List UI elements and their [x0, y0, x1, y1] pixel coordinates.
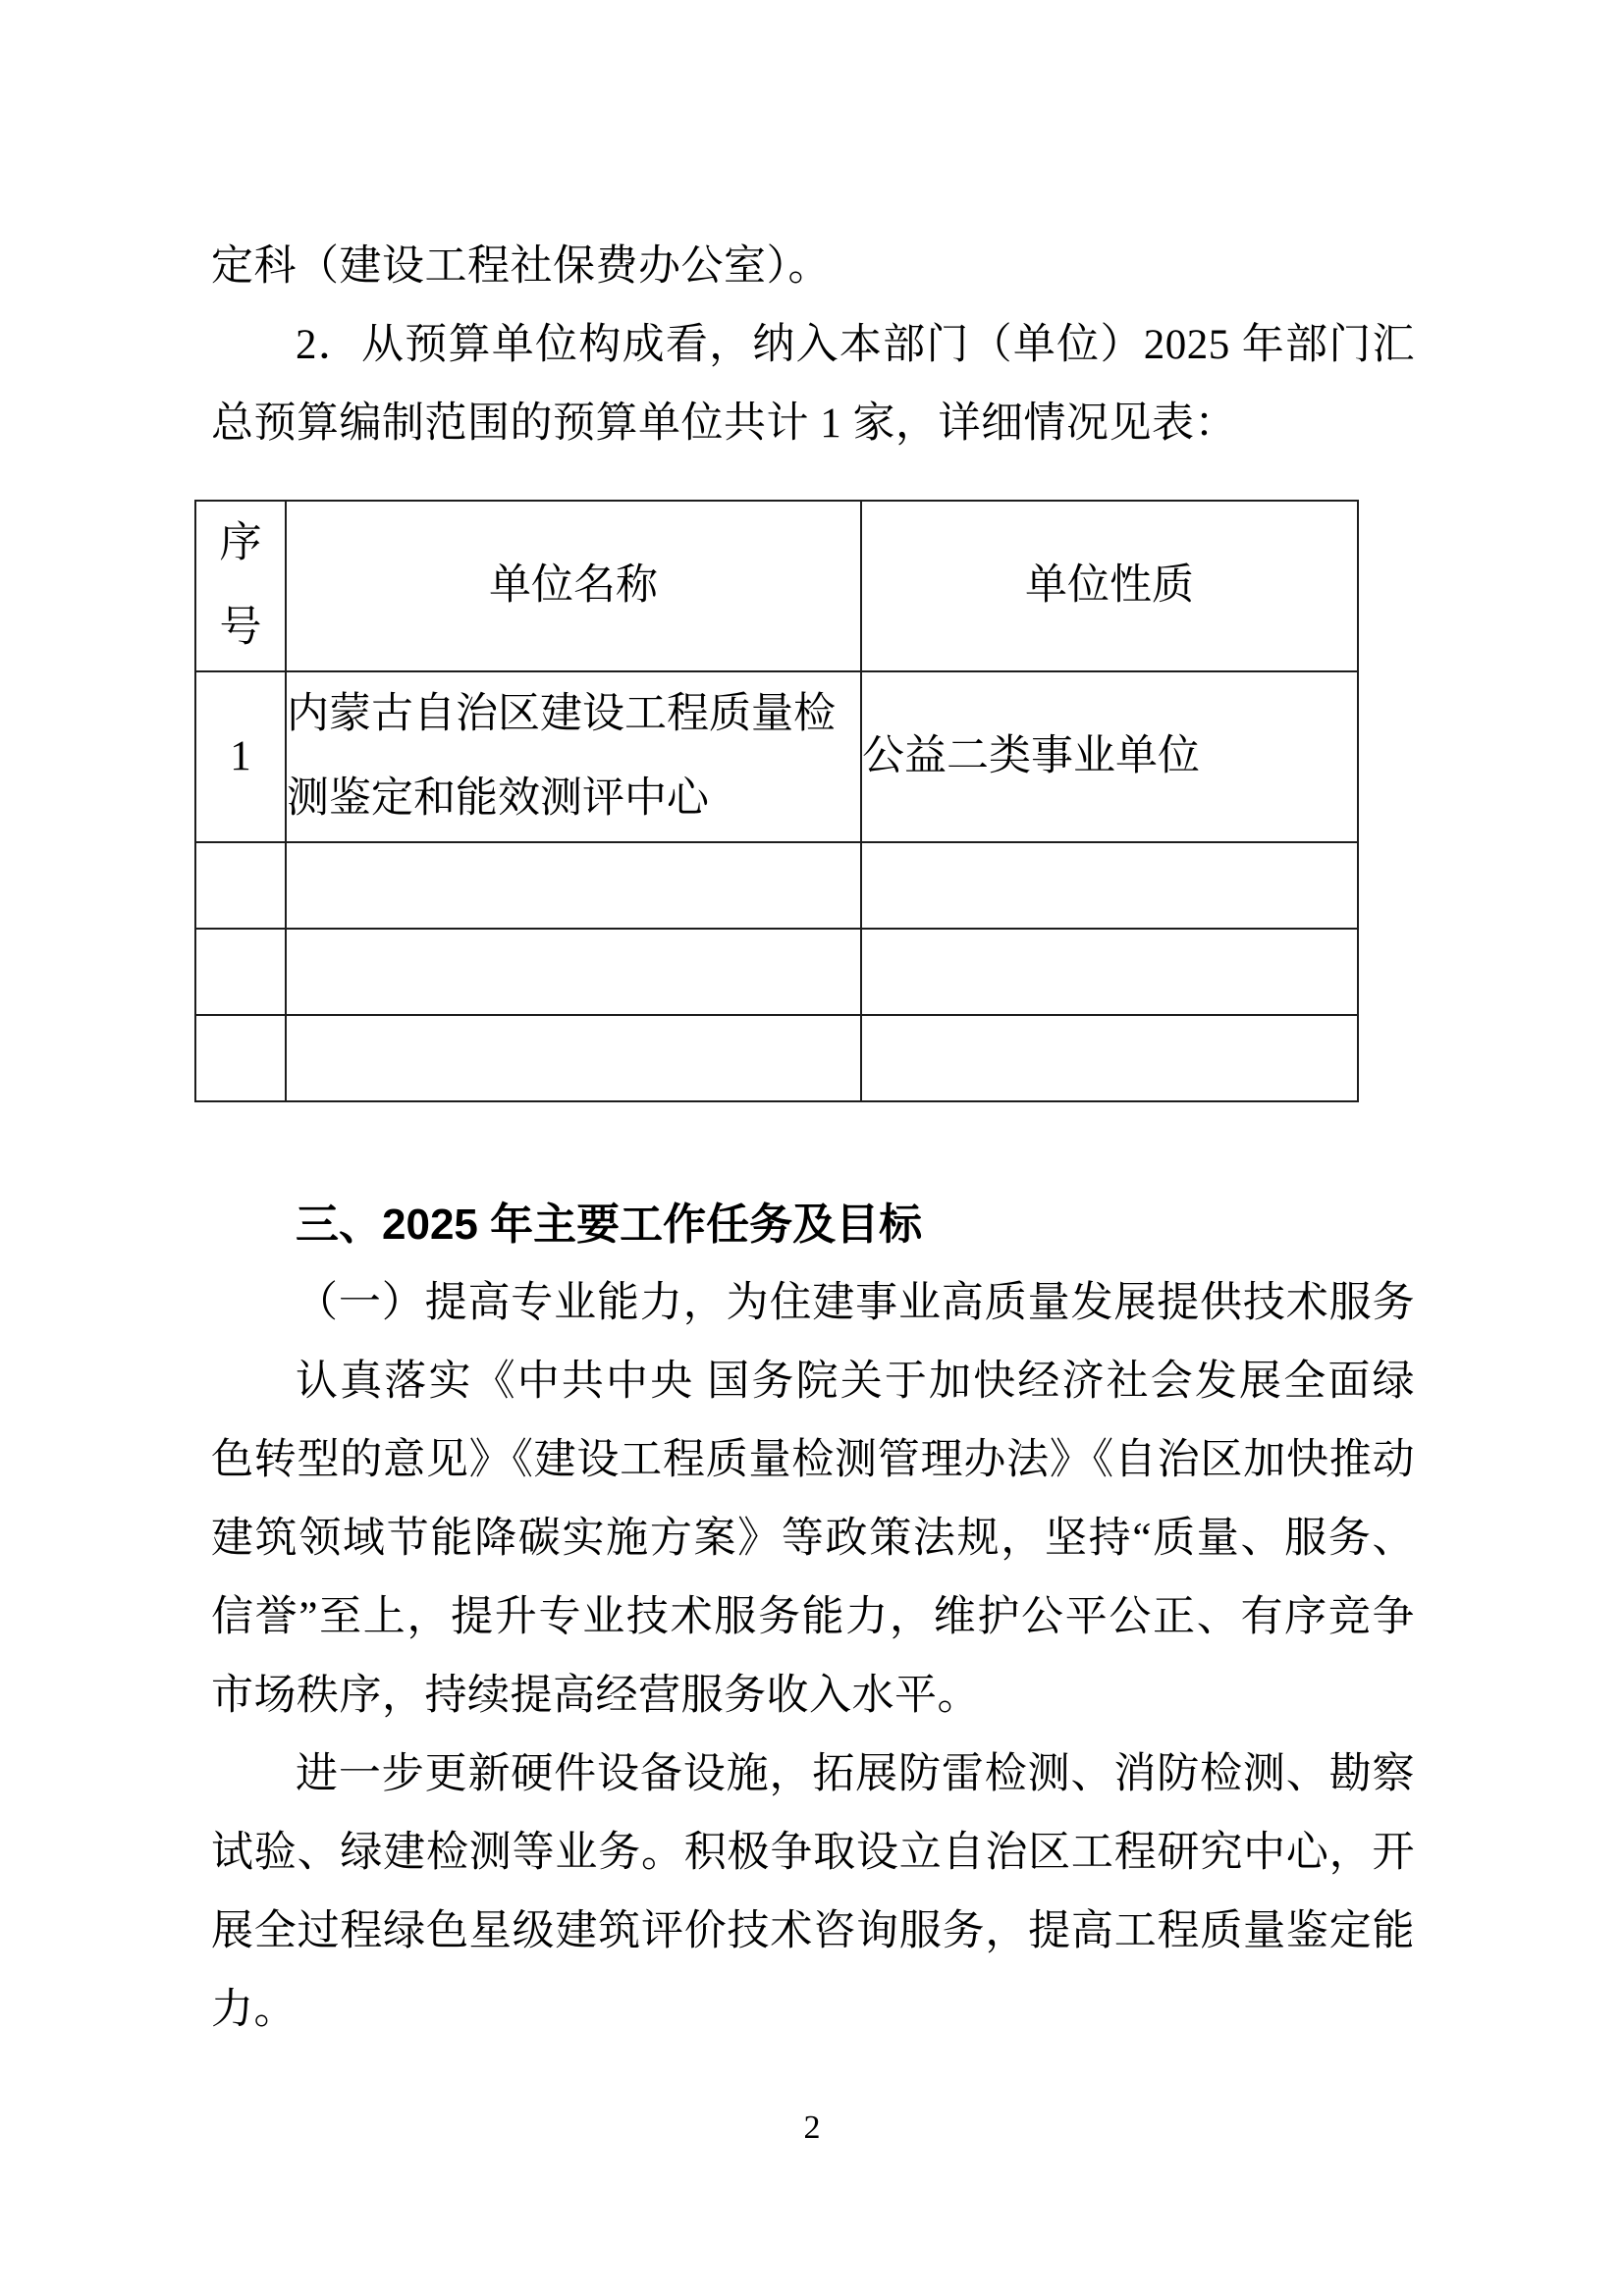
paragraph-line: 定科（建设工程社保费办公室）。	[211, 228, 1415, 306]
paragraph-line: 2．从预算单位构成看，纳入本部门（单位）2025 年部门汇	[211, 306, 1415, 385]
cell-serial: 1	[195, 671, 286, 842]
paragraph-line: 力。	[211, 1971, 1415, 2050]
cell-empty	[195, 929, 286, 1015]
cell-empty	[286, 842, 861, 929]
header-label: 序号	[220, 502, 262, 670]
paragraph-line: 市场秩序，持续提高经营服务收入水平。	[211, 1657, 1415, 1735]
paragraph-line: （一）提高专业能力，为住建事业高质量发展提供技术服务	[211, 1264, 1415, 1343]
paragraph-line: 信誉”至上，提升专业技术服务能力，维护公平公正、有序竞争	[211, 1578, 1415, 1657]
paragraph-line: 色转型的意见》《建设工程质量检测管理办法》《自治区加快推动	[211, 1421, 1415, 1500]
paragraph-line: 总预算编制范围的预算单位共计 1 家，详细情况见表：	[211, 385, 1415, 463]
paragraph-line: 试验、绿建检测等业务。积极争取设立自治区工程研究中心，开	[211, 1814, 1415, 1893]
cell-empty	[861, 842, 1358, 929]
table-row: 1 内蒙古自治区建设工程质量检测鉴定和能效测评中心 公益二类事业单位	[195, 671, 1358, 842]
cell-unit-name: 内蒙古自治区建设工程质量检测鉴定和能效测评中心	[286, 671, 861, 842]
cell-empty	[286, 1015, 861, 1101]
intro-paragraphs: 定科（建设工程社保费办公室）。 2．从预算单位构成看，纳入本部门（单位）2025…	[211, 228, 1415, 463]
section-heading: 三、2025 年主要工作任务及目标	[211, 1186, 1415, 1264]
section-tasks-and-goals: 三、2025 年主要工作任务及目标 （一）提高专业能力，为住建事业高质量发展提供…	[211, 1186, 1415, 2050]
header-cell-单位性质: 单位性质	[861, 501, 1358, 671]
table-row	[195, 929, 1358, 1015]
header-cell-序号: 序号	[195, 501, 286, 671]
table-header-row: 序号 单位名称 单位性质	[195, 501, 1358, 671]
budget-units-table: 序号 单位名称 单位性质 1 内蒙古自治区建设工程质量检测鉴定和能效测评中心 公…	[194, 500, 1359, 1102]
paragraph-line: 建筑领域节能降碳实施方案》等政策法规，坚持“质量、服务、	[211, 1500, 1415, 1578]
table-row	[195, 842, 1358, 929]
document-page: 定科（建设工程社保费办公室）。 2．从预算单位构成看，纳入本部门（单位）2025…	[0, 0, 1624, 2296]
cell-unit-type: 公益二类事业单位	[861, 671, 1358, 842]
cell-empty	[195, 1015, 286, 1101]
header-cell-单位名称: 单位名称	[286, 501, 861, 671]
paragraph-line: 认真落实《中共中央 国务院关于加快经济社会发展全面绿	[211, 1343, 1415, 1421]
cell-empty	[861, 1015, 1358, 1101]
paragraph-line: 展全过程绿色星级建筑评价技术咨询服务，提高工程质量鉴定能	[211, 1893, 1415, 1971]
page-number: 2	[0, 2109, 1624, 2148]
table-row	[195, 1015, 1358, 1101]
cell-empty	[195, 842, 286, 929]
paragraph-line: 进一步更新硬件设备设施，拓展防雷检测、消防检测、勘察	[211, 1735, 1415, 1814]
cell-empty	[286, 929, 861, 1015]
cell-empty	[861, 929, 1358, 1015]
